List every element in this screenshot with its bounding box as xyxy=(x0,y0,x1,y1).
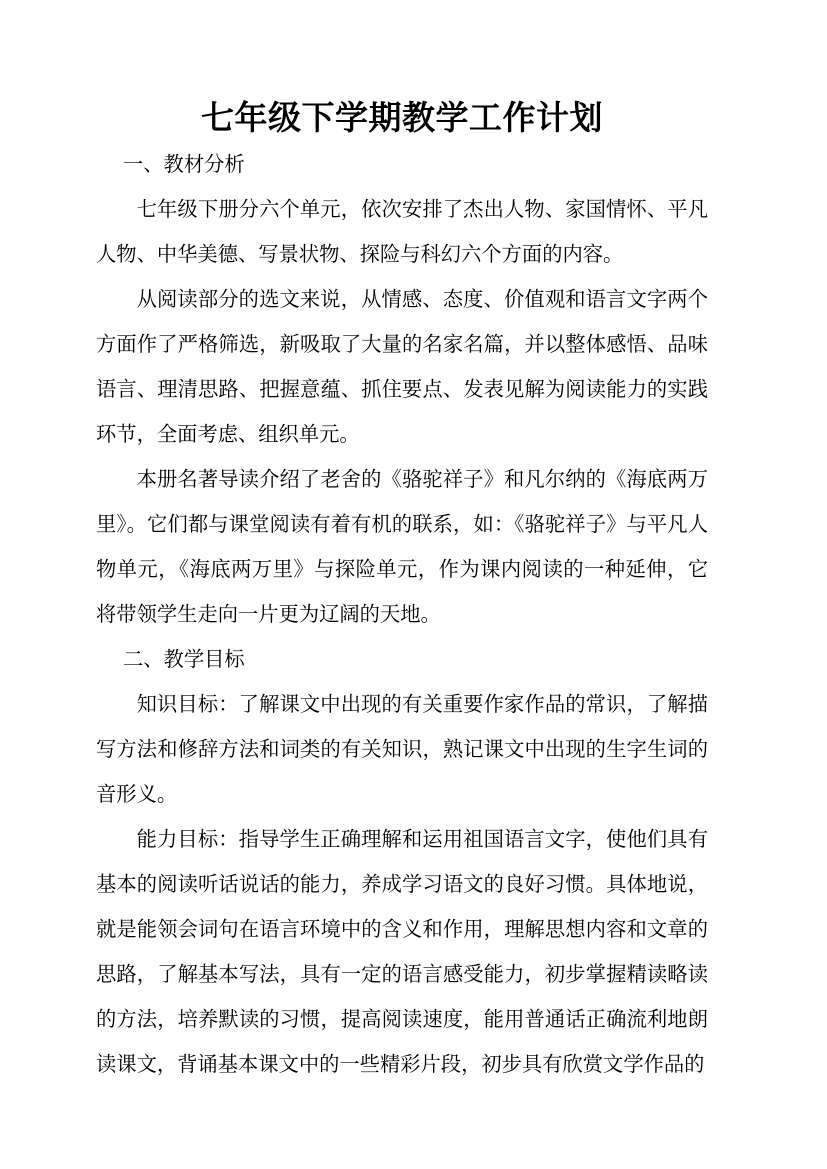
paragraph: 七年级下册分六个单元，依次安排了杰出人物、家国情怀、平凡人物、中华美德、写景状物… xyxy=(96,188,708,278)
paragraph: 知识目标：了解课文中出现的有关重要作家作品的常识，了解描写方法和修辞方法和词类的… xyxy=(96,683,708,818)
section-teaching-goals: 二、教学目标 知识目标：了解课文中出现的有关重要作家作品的常识，了解描写方法和修… xyxy=(96,638,708,1088)
paragraph: 本册名著导读介绍了老舍的《骆驼祥子》和凡尔纳的《海底两万里》。它们都与课堂阅读有… xyxy=(96,458,708,638)
document-body: 一、教材分析 七年级下册分六个单元，依次安排了杰出人物、家国情怀、平凡人物、中华… xyxy=(96,143,708,1088)
paragraph: 从阅读部分的选文来说，从情感、态度、价值观和语言文字两个方面作了严格筛选，新吸取… xyxy=(96,278,708,458)
paragraph: 能力目标：指导学生正确理解和运用祖国语言文字，使他们具有基本的阅读听话说话的能力… xyxy=(96,818,708,1088)
section-heading: 二、教学目标 xyxy=(96,638,708,683)
document-title: 七年级下学期教学工作计划 xyxy=(96,98,708,140)
section-textbook-analysis: 一、教材分析 七年级下册分六个单元，依次安排了杰出人物、家国情怀、平凡人物、中华… xyxy=(96,143,708,638)
document-page: 七年级下学期教学工作计划 一、教材分析 七年级下册分六个单元，依次安排了杰出人物… xyxy=(0,0,827,1169)
section-heading: 一、教材分析 xyxy=(96,143,708,188)
